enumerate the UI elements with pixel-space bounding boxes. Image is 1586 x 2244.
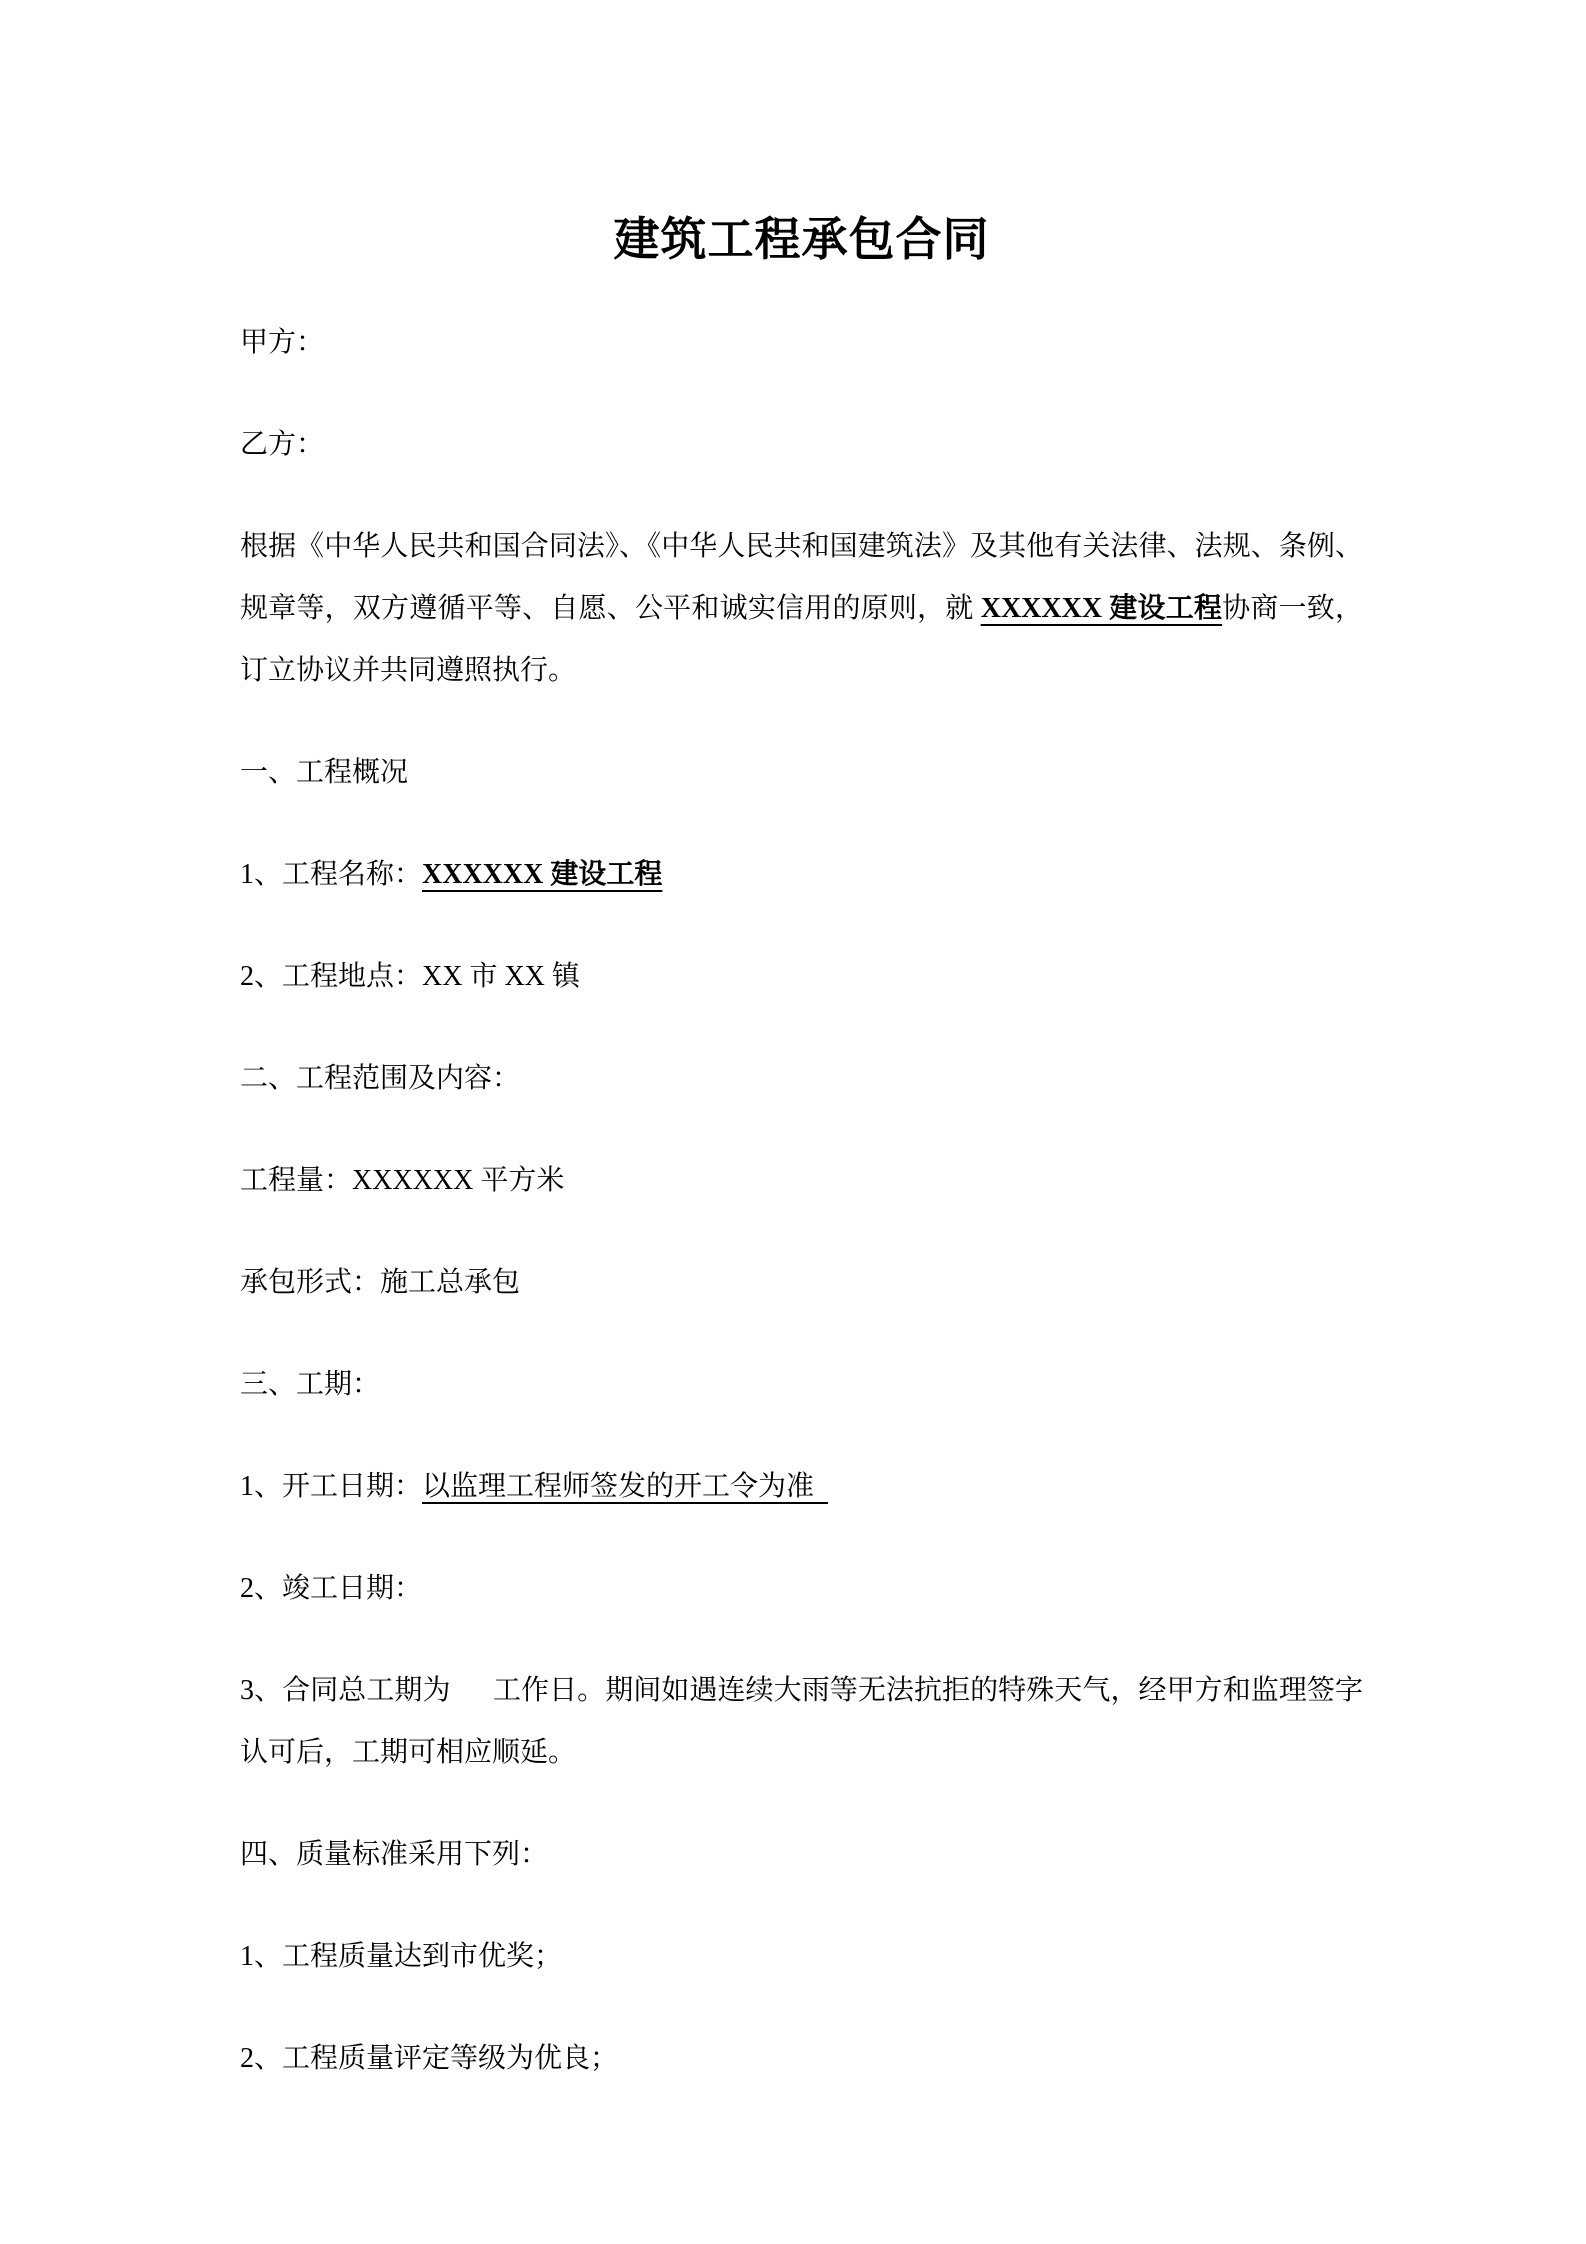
section-2-item-2: 承包形式：施工总承包 (240, 1252, 1363, 1314)
start-date-value: 以监理工程师签发的开工令为准 (422, 1471, 828, 1502)
project-name-label: 1、工程名称： (240, 859, 422, 890)
section-1-heading: 一、工程概况 (240, 742, 1363, 804)
section-1-item-2: 2、工程地点：XX 市 XX 镇 (240, 946, 1363, 1008)
project-location-line: 2、工程地点：XX 市 XX 镇 (240, 961, 580, 992)
section-4-heading-text: 四、质量标准采用下列： (240, 1839, 548, 1870)
contract-form-line: 承包形式：施工总承包 (240, 1267, 520, 1298)
start-date-label: 1、开工日期： (240, 1471, 422, 1502)
section-2-heading: 二、工程范围及内容： (240, 1048, 1363, 1110)
section-4-heading: 四、质量标准采用下列： (240, 1824, 1363, 1886)
preamble-paragraph: 根据《中华人民共和国合同法》、《中华人民共和国建筑法》及其他有关法律、法规、条例… (240, 516, 1363, 702)
document-content: 建筑工程承包合同 甲方： 乙方： 根据《中华人民共和国合同法》、《中华人民共和国… (240, 212, 1363, 2130)
section-3-heading: 三、工期： (240, 1354, 1363, 1416)
quality-grade-line: 2、工程质量评定等级为优良； (240, 2043, 618, 2074)
section-1-heading-text: 一、工程概况 (240, 757, 408, 788)
section-3-item-2: 2、竣工日期： (240, 1558, 1363, 1620)
section-3-item-1: 1、开工日期：以监理工程师签发的开工令为准 (240, 1456, 1363, 1518)
party-a-line: 甲方： (240, 312, 1363, 374)
section-3-heading-text: 三、工期： (240, 1369, 380, 1400)
party-b-label: 乙方： (240, 429, 324, 460)
project-name-value: XXXXXX 建设工程 (422, 859, 662, 890)
party-a-label: 甲方： (240, 327, 324, 358)
section-4-item-1: 1、工程质量达到市优奖； (240, 1926, 1363, 1988)
section-2-item-1: 工程量：XXXXXX 平方米 (240, 1150, 1363, 1212)
document-page: 建筑工程承包合同 甲方： 乙方： 根据《中华人民共和国合同法》、《中华人民共和国… (0, 0, 1586, 2244)
section-2-heading-text: 二、工程范围及内容： (240, 1063, 520, 1094)
section-1-item-1: 1、工程名称：XXXXXX 建设工程 (240, 844, 1363, 906)
document-title: 建筑工程承包合同 (240, 212, 1363, 266)
preamble-project-name: XXXXXX 建设工程 (981, 593, 1222, 624)
total-duration-line: 3、合同总工期为 工作日。期间如遇连续大雨等无法抗拒的特殊天气，经甲方和监理签字… (240, 1675, 1363, 1768)
party-b-line: 乙方： (240, 414, 1363, 476)
section-3-item-3: 3、合同总工期为 工作日。期间如遇连续大雨等无法抗拒的特殊天气，经甲方和监理签字… (240, 1660, 1363, 1784)
quality-award-line: 1、工程质量达到市优奖； (240, 1941, 562, 1972)
section-4-item-2: 2、工程质量评定等级为优良； (240, 2028, 1363, 2090)
completion-date-line: 2、竣工日期： (240, 1573, 422, 1604)
project-quantity-line: 工程量：XXXXXX 平方米 (240, 1165, 564, 1196)
